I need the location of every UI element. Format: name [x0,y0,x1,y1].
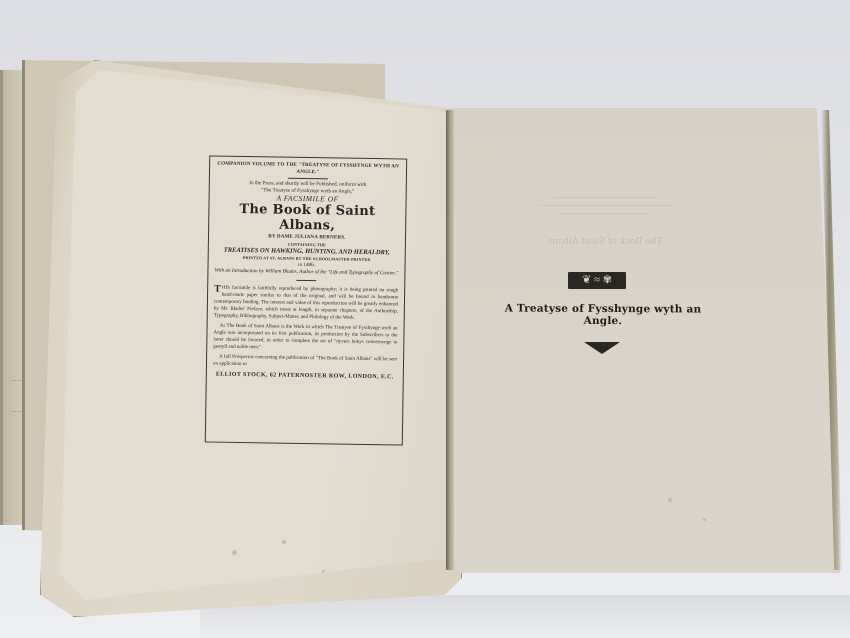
advertisement-notice: Companion Volume to the "Treatyse of Fys… [205,155,407,445]
dropcap: T [214,285,221,294]
notice-heading: Companion Volume to the "Treatyse of Fys… [216,161,400,178]
right-page [448,108,840,573]
book-title: The Book of Saint Albans, [215,202,399,235]
introduction-line: With an Introduction by William Blades, … [214,268,398,278]
bleed-through-text: The Book of Saint Albans [525,237,685,247]
half-title: A Treatyse of Fysshynge wyth an Angle. [488,302,718,327]
paragraph-2: As The Book of Saint Albans is the Work … [213,323,397,354]
book-gutter [446,110,454,570]
paragraph-1: HIS facsimile is faithfully reproduced b… [214,286,398,321]
paragraph-3: A full Prospectus concerning the publica… [213,354,397,371]
decorative-ornament-icon: ❦ ≈ ✾ [568,272,626,289]
publisher-line: Elliot Stock, 62 Paternoster Row, London… [213,372,397,382]
divider-ornament [296,280,316,281]
divider [288,178,328,180]
notice-body: THIS facsimile is faithfully reproduced … [213,285,398,371]
bleed-through-lines [530,190,680,230]
